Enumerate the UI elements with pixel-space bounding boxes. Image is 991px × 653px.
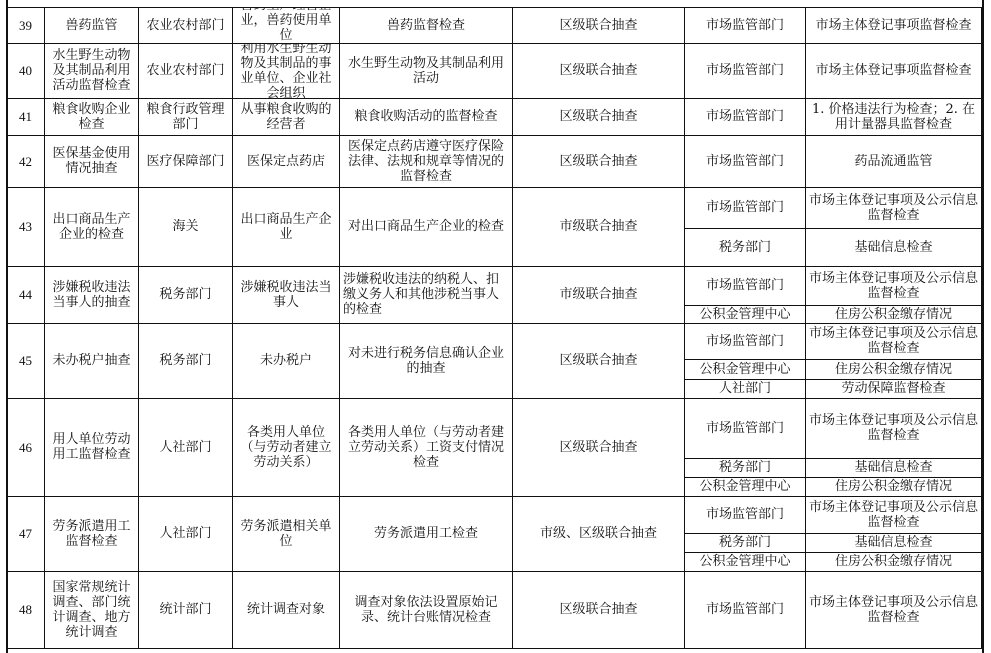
joint-dept-text: 人社部门 xyxy=(719,381,771,396)
joint-check-item-text: 1. 价格违法行为检查；2. 在用计量器具监督检查 xyxy=(809,102,978,132)
joint-dept-text: 市场监管部门 xyxy=(706,154,784,169)
check-mode-text: 区级联合抽查 xyxy=(559,18,637,33)
check-item-text: 医保基金使用情况抽查 xyxy=(48,146,135,176)
joint-dept: 市场监管部门 xyxy=(685,323,806,360)
responsible-dept: 粮食行政管理部门 xyxy=(139,98,233,136)
joint-check-item-text: 市场主体登记事项及公示信息监督检查 xyxy=(809,500,978,530)
check-item: 水生野生动物及其制品利用活动监督检查 xyxy=(45,43,139,99)
check-mode-text: 区级联合抽查 xyxy=(559,154,637,169)
check-content-text: 对未进行税务信息确认企业的抽查 xyxy=(343,346,509,376)
responsible-dept-text: 农业农村部门 xyxy=(146,63,224,78)
responsible-dept-text: 人社部门 xyxy=(159,440,211,455)
joint-dept-text: 公积金管理中心 xyxy=(699,554,790,569)
joint-check-item: 市场主体登记事项监督检查 xyxy=(806,7,982,44)
check-mode: 市级、区级联合抽查 xyxy=(513,496,685,572)
check-item-text: 用人单位劳动用工监督检查 xyxy=(48,432,135,462)
joint-check-item: 基础信息检查 xyxy=(806,458,982,478)
check-item-text: 兽药监管 xyxy=(65,18,117,33)
check-target-text: 劳务派遣相关单位 xyxy=(236,519,336,549)
joint-dept: 市场监管部门 xyxy=(685,135,806,188)
row-number-text: 39 xyxy=(19,18,32,33)
joint-dept: 市场监管部门 xyxy=(685,7,806,44)
joint-check-item: 市场主体登记事项及公示信息监督检查 xyxy=(806,571,982,649)
check-target-text: 出口商品生产企业 xyxy=(236,212,336,242)
check-item: 粮食收购企业检查 xyxy=(45,98,139,136)
check-mode: 市级联合抽查 xyxy=(513,266,685,324)
joint-check-item: 住房公积金缴存情况 xyxy=(806,552,982,572)
check-mode: 市级联合抽查 xyxy=(513,187,685,267)
check-content-text: 对出口商品生产企业的检查 xyxy=(348,219,504,234)
check-mode-text: 区级联合抽查 xyxy=(559,602,637,617)
check-content: 调查对象依法设置原始记录、统计台账情况检查 xyxy=(340,571,513,649)
check-content-text: 涉嫌税收违法的纳税人、扣缴义务人和其他涉税当事人的检查 xyxy=(343,272,509,317)
joint-dept-text: 市场监管部门 xyxy=(706,200,784,215)
check-content: 涉嫌税收违法的纳税人、扣缴义务人和其他涉税当事人的检查 xyxy=(340,266,513,324)
row-number-text: 45 xyxy=(19,353,32,368)
row-number: 47 xyxy=(7,496,45,572)
joint-check-item-text: 基础信息检查 xyxy=(854,240,932,255)
check-target: 涉嫌税收违法当事人 xyxy=(233,266,340,324)
check-target: 劳务派遣相关单位 xyxy=(233,496,340,572)
joint-check-item-text: 住房公积金缴存情况 xyxy=(835,554,952,569)
check-target: 利用水生野生动物及其制品的事业单位、企业社会组织 xyxy=(233,43,340,99)
check-mode: 区级联合抽查 xyxy=(513,323,685,399)
check-mode-text: 市级、区级联合抽查 xyxy=(540,526,657,541)
joint-check-item: 市场主体登记事项及公示信息监督检查 xyxy=(806,187,982,229)
responsible-dept-text: 海关 xyxy=(172,219,198,234)
responsible-dept: 医疗保障部门 xyxy=(139,135,233,188)
joint-dept-text: 市场监管部门 xyxy=(706,602,784,617)
row-number-text: 44 xyxy=(19,287,32,302)
check-target: 未办税户 xyxy=(233,323,340,399)
joint-check-item: 市场主体登记事项监督检查 xyxy=(806,43,982,99)
joint-check-item: 基础信息检查 xyxy=(806,228,982,267)
row-number: 46 xyxy=(7,398,45,497)
check-content-text: 各类用人单位（与劳动者建立劳动关系）工资支付情况检查 xyxy=(343,425,509,470)
check-content: 兽药监督检查 xyxy=(340,7,513,44)
check-item-text: 出口商品生产企业的检查 xyxy=(48,212,135,242)
table-right-border xyxy=(982,0,984,653)
joint-dept-text: 税务部门 xyxy=(719,240,771,255)
joint-dept: 市场监管部门 xyxy=(685,187,806,229)
row-number-text: 48 xyxy=(19,602,32,617)
check-target: 兽药生产经营企业，兽药使用单位 xyxy=(233,7,340,44)
joint-dept-text: 税务部门 xyxy=(719,460,771,475)
check-content: 水生野生动物及其制品利用活动 xyxy=(340,43,513,99)
joint-check-item-text: 市场主体登记事项监督检查 xyxy=(815,18,971,33)
check-item-text: 未办税户抽查 xyxy=(52,353,130,368)
check-target: 出口商品生产企业 xyxy=(233,187,340,267)
joint-dept: 市场监管部门 xyxy=(685,496,806,534)
row-number: 40 xyxy=(7,43,45,99)
check-content: 各类用人单位（与劳动者建立劳动关系）工资支付情况检查 xyxy=(340,398,513,497)
joint-check-item-text: 市场主体登记事项及公示信息监督检查 xyxy=(809,595,978,625)
joint-dept-text: 市场监管部门 xyxy=(706,278,784,293)
joint-check-item-text: 住房公积金缴存情况 xyxy=(835,307,952,322)
check-mode-text: 区级联合抽查 xyxy=(559,353,637,368)
check-item-text: 国家常规统计调查、部门统计调查、地方统计调查 xyxy=(48,580,135,640)
check-item: 劳务派遣用工监督检查 xyxy=(45,496,139,572)
check-item-text: 劳务派遣用工监督检查 xyxy=(48,519,135,549)
inspection-table: 39兽药监管农业农村部门兽药生产经营企业，兽药使用单位兽药监督检查区级联合抽查市… xyxy=(0,0,991,653)
joint-check-item: 劳动保障监督检查 xyxy=(806,379,982,399)
check-content-text: 兽药监督检查 xyxy=(387,18,465,33)
joint-dept-text: 市场监管部门 xyxy=(706,507,784,522)
responsible-dept-text: 粮食行政管理部门 xyxy=(142,102,229,132)
check-mode: 区级联合抽查 xyxy=(513,398,685,497)
row-number: 43 xyxy=(7,187,45,267)
check-target-text: 医保定点药店 xyxy=(247,154,325,169)
joint-check-item-text: 市场主体登记事项监督检查 xyxy=(815,63,971,78)
responsible-dept: 统计部门 xyxy=(139,571,233,649)
check-target-text: 兽药生产经营企业，兽药使用单位 xyxy=(236,7,336,43)
check-target: 医保定点药店 xyxy=(233,135,340,188)
joint-check-item: 药品流通监管 xyxy=(806,135,982,188)
responsible-dept: 农业农村部门 xyxy=(139,43,233,99)
check-target: 各类用人单位（与劳动者建立劳动关系） xyxy=(233,398,340,497)
joint-dept: 公积金管理中心 xyxy=(685,305,806,324)
check-mode-text: 区级联合抽查 xyxy=(559,109,637,124)
joint-dept: 税务部门 xyxy=(685,458,806,478)
responsible-dept-text: 农业农村部门 xyxy=(146,18,224,33)
check-content-text: 医保定点药店遵守医疗保险法律、法规和规章等情况的监督检查 xyxy=(343,139,509,184)
check-target-text: 未办税户 xyxy=(260,353,312,368)
check-content: 对未进行税务信息确认企业的抽查 xyxy=(340,323,513,399)
joint-check-item-text: 住房公积金缴存情况 xyxy=(835,362,952,377)
check-item-text: 涉嫌税收违法当事人的抽查 xyxy=(48,280,135,310)
joint-check-item-text: 住房公积金缴存情况 xyxy=(835,479,952,494)
check-item: 涉嫌税收违法当事人的抽查 xyxy=(45,266,139,324)
joint-check-item-text: 市场主体登记事项及公示信息监督检查 xyxy=(809,193,978,223)
check-item: 国家常规统计调查、部门统计调查、地方统计调查 xyxy=(45,571,139,649)
check-item: 出口商品生产企业的检查 xyxy=(45,187,139,267)
row-number-text: 43 xyxy=(19,219,32,234)
check-content: 劳务派遣用工检查 xyxy=(340,496,513,572)
joint-check-item: 1. 价格违法行为检查；2. 在用计量器具监督检查 xyxy=(806,98,982,136)
row-number: 45 xyxy=(7,323,45,399)
row-number-text: 46 xyxy=(19,440,32,455)
check-item: 用人单位劳动用工监督检查 xyxy=(45,398,139,497)
joint-check-item: 市场主体登记事项及公示信息监督检查 xyxy=(806,496,982,534)
check-item-text: 粮食收购企业检查 xyxy=(48,102,135,132)
check-mode-text: 市级联合抽查 xyxy=(559,219,637,234)
joint-dept-text: 市场监管部门 xyxy=(706,63,784,78)
row-number: 48 xyxy=(7,571,45,649)
joint-dept: 市场监管部门 xyxy=(685,571,806,649)
joint-dept-text: 税务部门 xyxy=(719,535,771,550)
check-mode-text: 区级联合抽查 xyxy=(559,63,637,78)
joint-dept: 市场监管部门 xyxy=(685,266,806,306)
row-number: 44 xyxy=(7,266,45,324)
joint-dept-text: 市场监管部门 xyxy=(706,334,784,349)
joint-check-item-text: 市场主体登记事项及公示信息监督检查 xyxy=(809,271,978,301)
check-mode-text: 市级联合抽查 xyxy=(559,287,637,302)
check-mode: 区级联合抽查 xyxy=(513,43,685,99)
row-number-text: 47 xyxy=(19,526,32,541)
check-content-text: 劳务派遣用工检查 xyxy=(374,526,478,541)
joint-dept-text: 公积金管理中心 xyxy=(699,479,790,494)
responsible-dept: 海关 xyxy=(139,187,233,267)
responsible-dept: 税务部门 xyxy=(139,266,233,324)
joint-dept-text: 市场监管部门 xyxy=(706,421,784,436)
responsible-dept-text: 税务部门 xyxy=(159,287,211,302)
check-mode: 区级联合抽查 xyxy=(513,135,685,188)
joint-dept: 人社部门 xyxy=(685,379,806,399)
joint-dept: 公积金管理中心 xyxy=(685,477,806,497)
check-mode-text: 区级联合抽查 xyxy=(559,440,637,455)
check-item: 医保基金使用情况抽查 xyxy=(45,135,139,188)
joint-dept: 公积金管理中心 xyxy=(685,552,806,572)
check-target-text: 利用水生野生动物及其制品的事业单位、企业社会组织 xyxy=(236,43,336,99)
check-content: 粮食收购活动的监督检查 xyxy=(340,98,513,136)
joint-check-item-text: 市场主体登记事项及公示信息监督检查 xyxy=(809,413,978,443)
joint-dept: 公积金管理中心 xyxy=(685,359,806,380)
responsible-dept: 农业农村部门 xyxy=(139,7,233,44)
check-mode: 区级联合抽查 xyxy=(513,98,685,136)
joint-check-item: 住房公积金缴存情况 xyxy=(806,359,982,380)
check-target: 统计调查对象 xyxy=(233,571,340,649)
check-target-text: 涉嫌税收违法当事人 xyxy=(236,280,336,310)
row-number: 41 xyxy=(7,98,45,136)
check-mode: 区级联合抽查 xyxy=(513,571,685,649)
check-item: 兽药监管 xyxy=(45,7,139,44)
joint-check-item: 市场主体登记事项及公示信息监督检查 xyxy=(806,266,982,306)
joint-dept: 税务部门 xyxy=(685,228,806,267)
responsible-dept-text: 医疗保障部门 xyxy=(146,154,224,169)
joint-dept: 市场监管部门 xyxy=(685,43,806,99)
joint-dept-text: 公积金管理中心 xyxy=(699,307,790,322)
check-target-text: 统计调查对象 xyxy=(247,602,325,617)
check-target-text: 各类用人单位（与劳动者建立劳动关系） xyxy=(236,425,336,470)
joint-check-item-text: 药品流通监管 xyxy=(854,154,932,169)
responsible-dept-text: 税务部门 xyxy=(159,353,211,368)
row-number-text: 40 xyxy=(19,63,32,78)
joint-dept: 税务部门 xyxy=(685,533,806,553)
joint-dept-text: 市场监管部门 xyxy=(706,109,784,124)
responsible-dept: 人社部门 xyxy=(139,398,233,497)
row-number-text: 41 xyxy=(19,109,32,124)
check-target-text: 从事粮食收购的经营者 xyxy=(236,102,336,132)
check-content-text: 调查对象依法设置原始记录、统计台账情况检查 xyxy=(343,595,509,625)
joint-check-item: 住房公积金缴存情况 xyxy=(806,305,982,324)
check-content: 对出口商品生产企业的检查 xyxy=(340,187,513,267)
joint-check-item: 市场主体登记事项及公示信息监督检查 xyxy=(806,323,982,360)
responsible-dept: 税务部门 xyxy=(139,323,233,399)
check-content: 医保定点药店遵守医疗保险法律、法规和规章等情况的监督检查 xyxy=(340,135,513,188)
joint-dept: 市场监管部门 xyxy=(685,98,806,136)
joint-check-item-text: 劳动保障监督检查 xyxy=(841,381,945,396)
check-item: 未办税户抽查 xyxy=(45,323,139,399)
check-mode: 区级联合抽查 xyxy=(513,7,685,44)
joint-check-item-text: 基础信息检查 xyxy=(854,535,932,550)
joint-dept-text: 公积金管理中心 xyxy=(699,362,790,377)
joint-check-item: 住房公积金缴存情况 xyxy=(806,477,982,497)
check-content-text: 粮食收购活动的监督检查 xyxy=(354,109,497,124)
row-number: 39 xyxy=(7,7,45,44)
joint-check-item: 基础信息检查 xyxy=(806,533,982,553)
row-number: 42 xyxy=(7,135,45,188)
joint-check-item: 市场主体登记事项及公示信息监督检查 xyxy=(806,398,982,459)
responsible-dept-text: 统计部门 xyxy=(159,602,211,617)
joint-check-item-text: 基础信息检查 xyxy=(854,460,932,475)
joint-dept-text: 市场监管部门 xyxy=(706,18,784,33)
row-number-text: 42 xyxy=(19,154,32,169)
check-target: 从事粮食收购的经营者 xyxy=(233,98,340,136)
check-item-text: 水生野生动物及其制品利用活动监督检查 xyxy=(48,48,135,93)
responsible-dept-text: 人社部门 xyxy=(159,526,211,541)
responsible-dept: 人社部门 xyxy=(139,496,233,572)
check-content-text: 水生野生动物及其制品利用活动 xyxy=(343,56,509,86)
joint-check-item-text: 市场主体登记事项及公示信息监督检查 xyxy=(809,326,978,356)
joint-dept: 市场监管部门 xyxy=(685,398,806,459)
